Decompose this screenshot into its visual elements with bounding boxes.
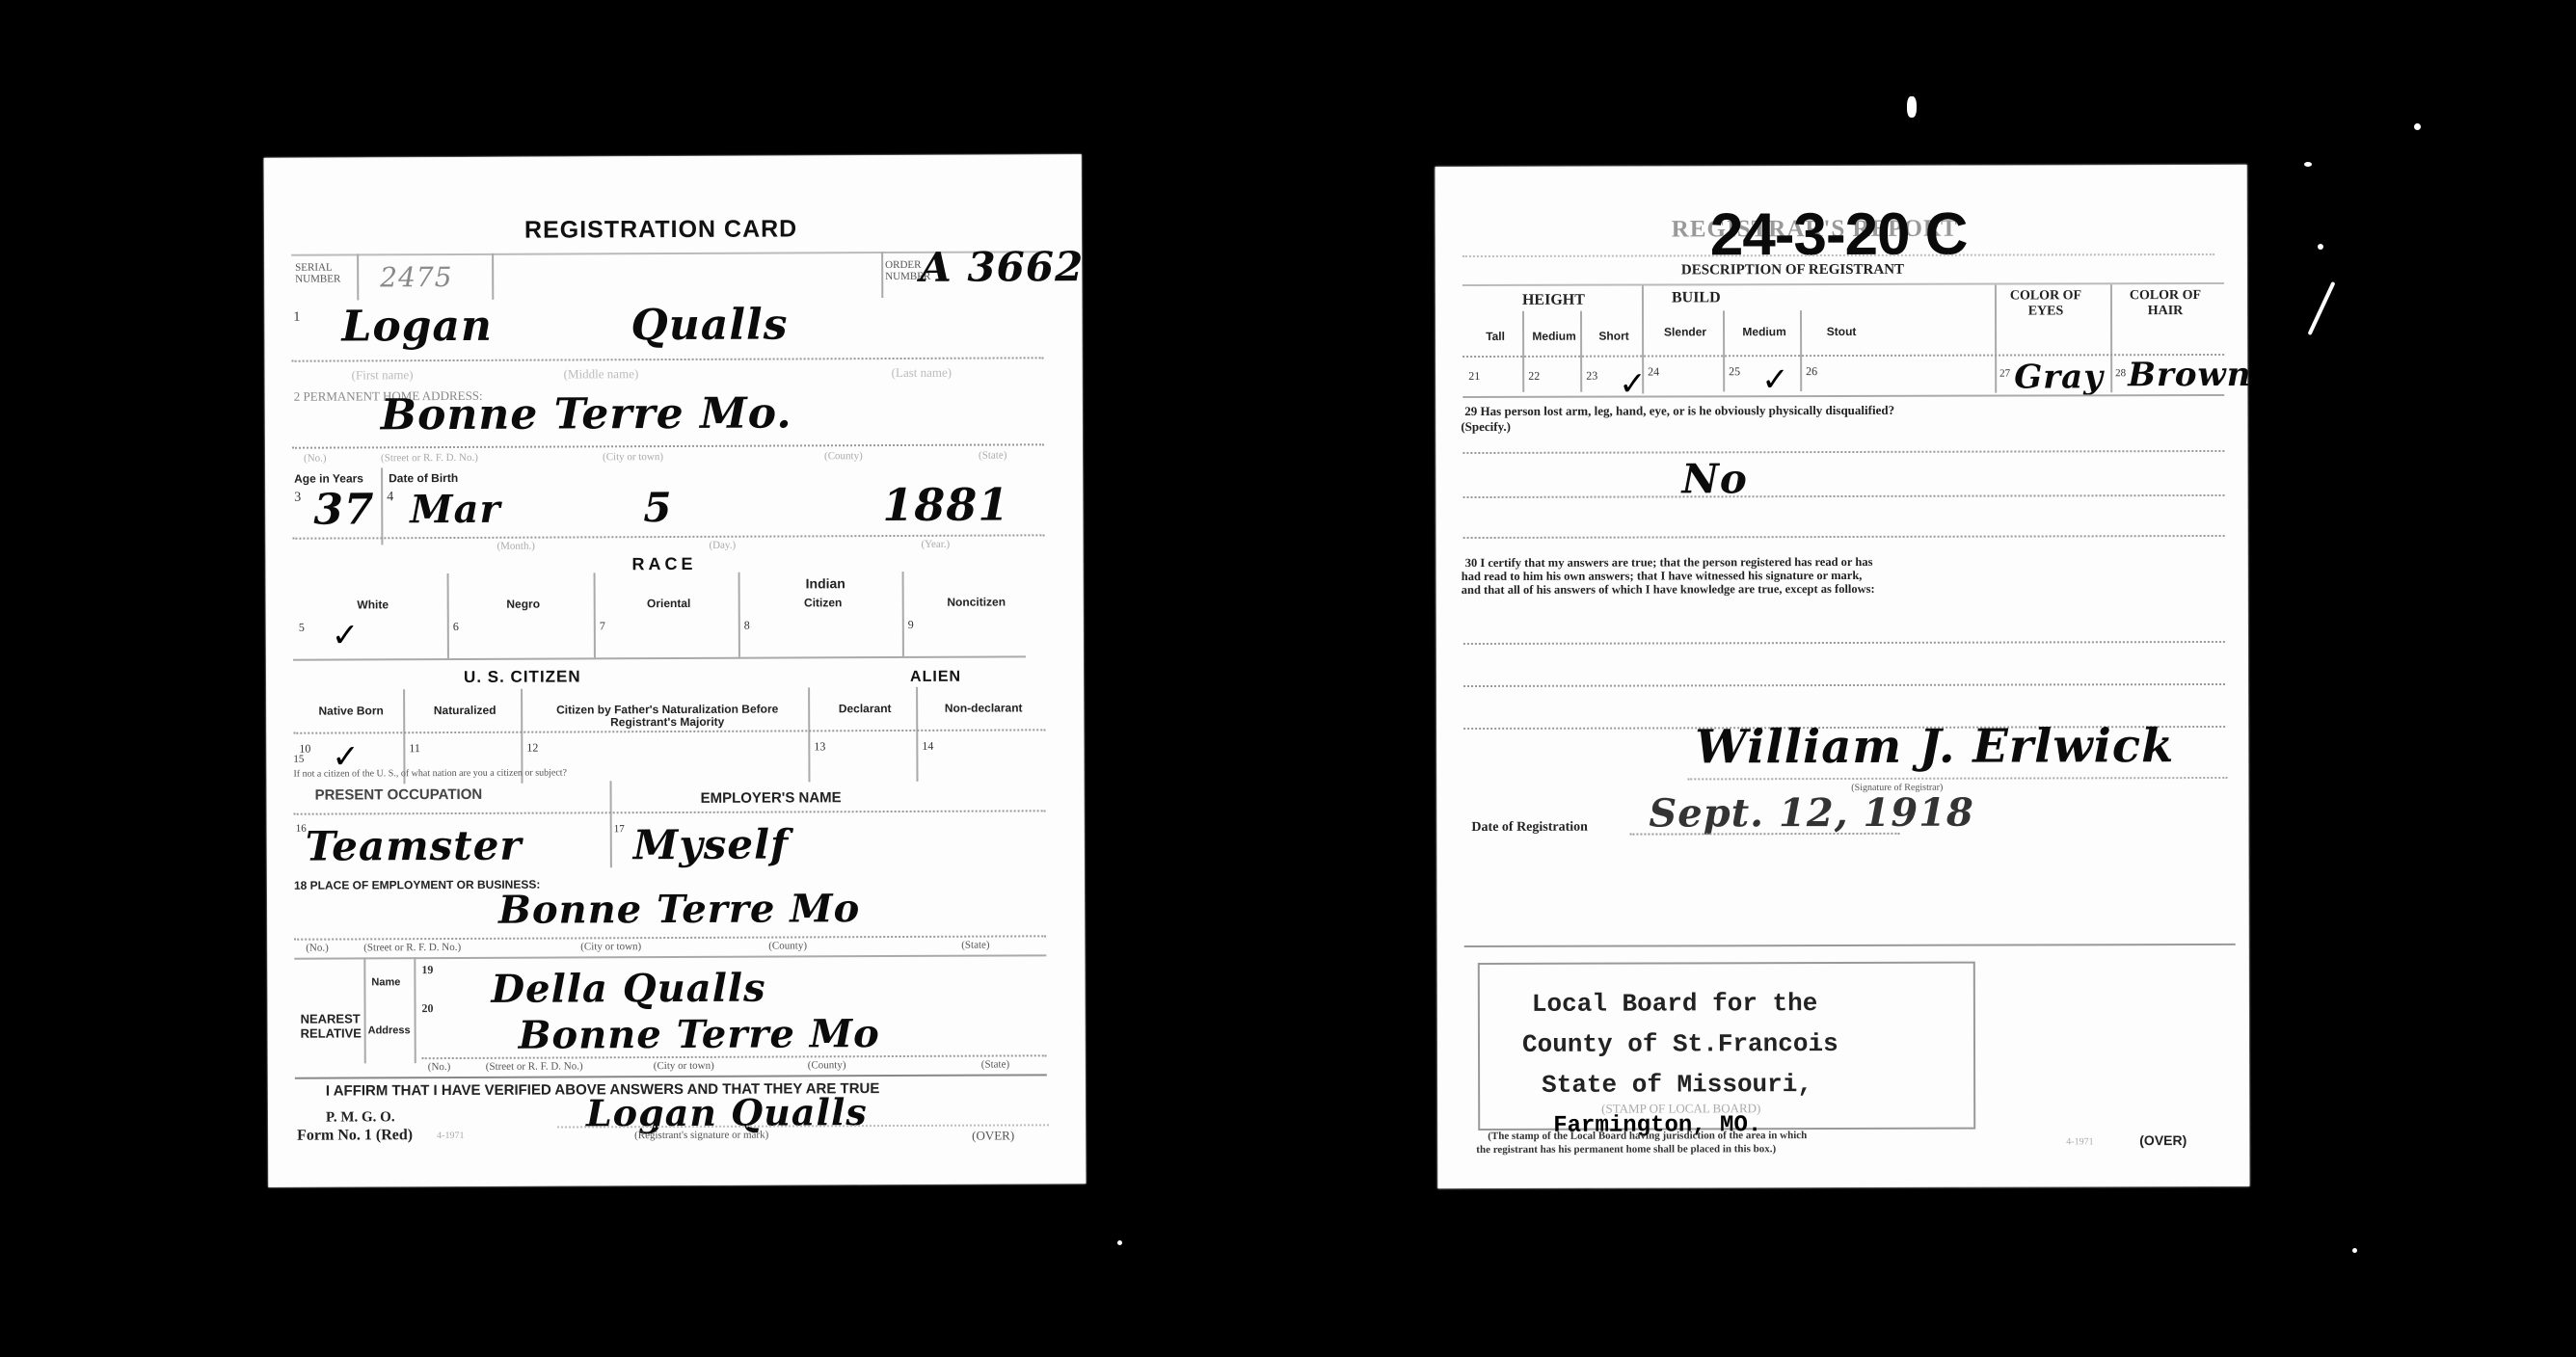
line-number: 26: [1806, 364, 1817, 379]
line-number: 11: [409, 741, 420, 756]
race-title: RACE: [631, 554, 696, 574]
line-number: 9: [908, 618, 914, 632]
divider: [492, 253, 494, 300]
description-subtitle: DESCRIPTION OF REGISTRANT: [1681, 262, 1904, 279]
line-number: 8: [744, 619, 750, 633]
line-number: 24: [1648, 364, 1659, 379]
divider: [1464, 944, 2236, 947]
answer-line: [1463, 535, 2225, 539]
column-label: Short: [1590, 331, 1638, 343]
column-label: Tall: [1472, 331, 1518, 343]
form-number: Form No. 1 (Red): [297, 1127, 413, 1145]
divider: [381, 467, 383, 545]
question-29: 29 Has person lost arm, leg, hand, eye, …: [1464, 403, 1894, 419]
dust-speck: [266, 263, 270, 267]
dob-day: 5: [643, 484, 672, 531]
hair-color-value: Brown: [2128, 356, 2251, 394]
divider: [1723, 310, 1725, 391]
divider: [1995, 285, 1997, 393]
stamp-note-line1: (The stamp of the Local Board having jur…: [1488, 1130, 1807, 1142]
caption-state: (State): [981, 1058, 1009, 1070]
divider: [1642, 286, 1644, 394]
line-number: 28: [2115, 367, 2126, 379]
serial-number-label: SERIAL NUMBER: [295, 261, 353, 284]
signature-line: [1687, 777, 2227, 780]
divider: [1522, 311, 1524, 392]
caption-street: (Street or R. F. D. No.): [381, 452, 478, 464]
first-name: Logan: [341, 302, 493, 352]
divider: [808, 687, 810, 782]
line-number: 15: [293, 754, 304, 765]
caption-state: (State): [961, 940, 989, 951]
build-title: BUILD: [1672, 289, 1721, 306]
over-label: (OVER): [2139, 1132, 2187, 1148]
us-citizen-title: U. S. CITIZEN: [464, 667, 581, 687]
relative-address-line: [422, 1054, 1047, 1059]
answer-line: [1463, 641, 2225, 645]
caption-day: (Day.): [709, 540, 736, 551]
divider: [2110, 284, 2112, 392]
line-number: 21: [1468, 369, 1480, 384]
form-agency: P. M. G. O.: [326, 1109, 395, 1126]
caption-year: (Year.): [921, 539, 950, 550]
caption-last-name: (Last name): [892, 365, 953, 381]
caption-first-name: (First name): [352, 367, 414, 383]
column-label: Oriental: [604, 598, 735, 611]
line-number: 4: [387, 490, 393, 505]
column-label: Declarant: [818, 703, 912, 715]
citizenship-table: Native Born10✓Naturalized11Citizen by Fa…: [264, 154, 1082, 158]
caption-month: (Month.): [496, 541, 534, 552]
relative-name: Della Qualls: [491, 966, 765, 1012]
dust-speck: [2414, 123, 2421, 130]
dob-label: Date of Birth: [389, 471, 458, 485]
divider: [294, 954, 1046, 959]
employment-line: [294, 935, 1046, 940]
caption-no: (No.): [306, 943, 329, 954]
employer-value: Myself: [633, 820, 790, 868]
column-label: Native Born: [303, 705, 399, 717]
registration-card-front: REGISTRATION CARD SERIAL NUMBER 2475 ORD…: [264, 154, 1087, 1187]
column-label: White: [303, 599, 443, 612]
divider: [609, 781, 611, 867]
registrant-signature: Logan Qualls: [586, 1090, 868, 1134]
signature-caption: (Registrant's signature or mark): [634, 1130, 768, 1142]
dust-speck: [1117, 1240, 1122, 1245]
line-number: 27: [1999, 368, 2010, 380]
question-30-line3: and that all of his answers of which I h…: [1462, 582, 1875, 598]
check-mark: ✓: [1761, 360, 1789, 399]
occupation-value: Teamster: [306, 822, 523, 870]
caption-city: (City or town): [654, 1060, 714, 1072]
registrar-signature: William J. Erlwick: [1695, 719, 2174, 774]
caption-street: (Street or R. F. D. No.): [363, 942, 461, 953]
form-code: 4-1971: [437, 1131, 464, 1141]
stamped-number: 24-3-20 C: [1710, 200, 1968, 270]
line-number: 22: [1528, 369, 1540, 384]
caption-no: (No.): [304, 453, 327, 465]
registration-card-back: REGISTRAR'S REPORT 24-3-20 C DESCRIPTION…: [1436, 165, 2250, 1188]
stamp-line-2: County of St.Francois: [1522, 1029, 1838, 1059]
divider: [881, 252, 883, 298]
caption-city: (City or town): [603, 451, 663, 463]
line-number: 25: [1729, 364, 1740, 379]
line-number: 1: [293, 310, 300, 326]
dust-speck: [2308, 281, 2336, 335]
relative-address: Bonne Terre Mo: [519, 1011, 880, 1058]
divider: [293, 729, 1045, 733]
employment-place: Bonne Terre Mo: [498, 886, 860, 933]
stamp-line-3: State of Missouri,: [1542, 1070, 1812, 1100]
date-of-registration-value: Sept. 12, 1918: [1649, 790, 1974, 837]
hair-color-title: COLOR OF HAIR: [2122, 288, 2209, 319]
stamp-note-line2: the registrant has his permanent home sh…: [1476, 1143, 1776, 1156]
dob-year: 1881: [882, 478, 1009, 531]
divider: [916, 687, 918, 782]
line-number: 3: [294, 491, 301, 506]
dust-speck: [1907, 96, 1917, 118]
dob-month: Mar: [410, 487, 500, 532]
occupation-label: PRESENT OCCUPATION: [315, 786, 483, 804]
divider: [357, 253, 359, 300]
line-number: 23: [1586, 369, 1597, 384]
dust-speck: [2304, 162, 2312, 167]
age-value: 37: [313, 485, 374, 534]
caption-city: (City or town): [580, 941, 641, 952]
column-label: Negro: [457, 598, 590, 611]
eyes-color-value: Gray: [2014, 358, 2104, 396]
column-label: Noncitizen: [912, 596, 1041, 609]
caption-no: (No.): [428, 1061, 451, 1073]
divider: [1462, 394, 2224, 398]
column-label: Non-declarant: [926, 702, 1041, 715]
line-number: 5: [299, 621, 305, 635]
dust-speck: [2318, 244, 2323, 250]
answer-line: [1463, 494, 2225, 498]
card-title: REGISTRATION CARD: [524, 215, 797, 244]
race-table: White5✓Negro6Oriental7Citizen8Noncitizen…: [264, 154, 1082, 158]
line-number: 7: [600, 619, 605, 633]
divider: [594, 572, 596, 657]
date-of-registration-label: Date of Registration: [1471, 820, 1588, 836]
divider: [1580, 311, 1582, 392]
caption-county: (County): [824, 450, 863, 462]
divider: [414, 957, 416, 1063]
column-label: Citizen by Father's Naturalization Befor…: [530, 703, 804, 729]
answer-line: [1462, 450, 2224, 454]
divider: [293, 655, 1026, 660]
divider: [363, 957, 365, 1063]
dust-speck: [2352, 1248, 2357, 1253]
line-number: 20: [421, 1001, 433, 1016]
line-number: 19: [421, 963, 433, 977]
line-number: 13: [814, 739, 825, 754]
line-number: 14: [922, 739, 933, 754]
divider: [1800, 310, 1802, 391]
caption-state: (State): [979, 449, 1006, 461]
occupation-line: [294, 810, 1046, 814]
column-label: Slender: [1651, 326, 1719, 338]
caption-street: (Street or R. F. D. No.): [486, 1060, 583, 1072]
column-label: Naturalized: [413, 705, 517, 717]
over-label: (OVER): [972, 1128, 1014, 1143]
answer-line: [1463, 683, 2225, 687]
indian-label: Indian: [806, 575, 845, 591]
employer-label: EMPLOYER'S NAME: [701, 789, 842, 807]
last-name: Qualls: [631, 300, 788, 350]
nearest-relative-label: NEAREST RELATIVE: [301, 1011, 368, 1040]
column-label: Medium: [1732, 326, 1796, 338]
line-number: 6: [453, 620, 459, 634]
divider: [738, 572, 740, 657]
column-label: Citizen: [748, 597, 899, 610]
question-29-specify: (Specify.): [1461, 419, 1511, 435]
divider: [295, 1074, 1047, 1078]
divider: [447, 573, 449, 658]
relative-address-label: Address: [368, 1024, 411, 1036]
column-label: Medium: [1532, 331, 1576, 343]
height-title: HEIGHT: [1522, 292, 1585, 309]
divider: [902, 572, 904, 656]
caption-middle-name: (Middle name): [564, 366, 639, 382]
order-number-value: A 3662: [920, 243, 1084, 291]
relative-name-label: Name: [371, 976, 400, 988]
age-label: Age in Years: [294, 471, 363, 485]
description-table: Tall21Medium22Short23✓Slender24Medium25✓…: [1436, 165, 2247, 167]
column-label: Stout: [1810, 326, 1873, 338]
line15-question: If not a citizen of the U. S., of what n…: [293, 767, 567, 779]
name-line: [292, 357, 1044, 361]
caption-county: (County): [808, 1059, 846, 1071]
alien-title: ALIEN: [910, 669, 961, 686]
form-code: 4-1971: [2066, 1136, 2093, 1147]
permanent-address: Bonne Terre Mo.: [381, 388, 792, 439]
caption-county: (County): [768, 940, 807, 951]
check-mark: ✓: [332, 616, 360, 654]
line-number: 17: [614, 823, 625, 835]
serial-number-value: 2475: [380, 261, 452, 293]
eyes-color-title: COLOR OF EYES: [2002, 288, 2089, 319]
address-line: [292, 443, 1044, 448]
stamp-line-1: Local Board for the: [1532, 989, 1818, 1019]
line-number: 12: [526, 741, 538, 756]
